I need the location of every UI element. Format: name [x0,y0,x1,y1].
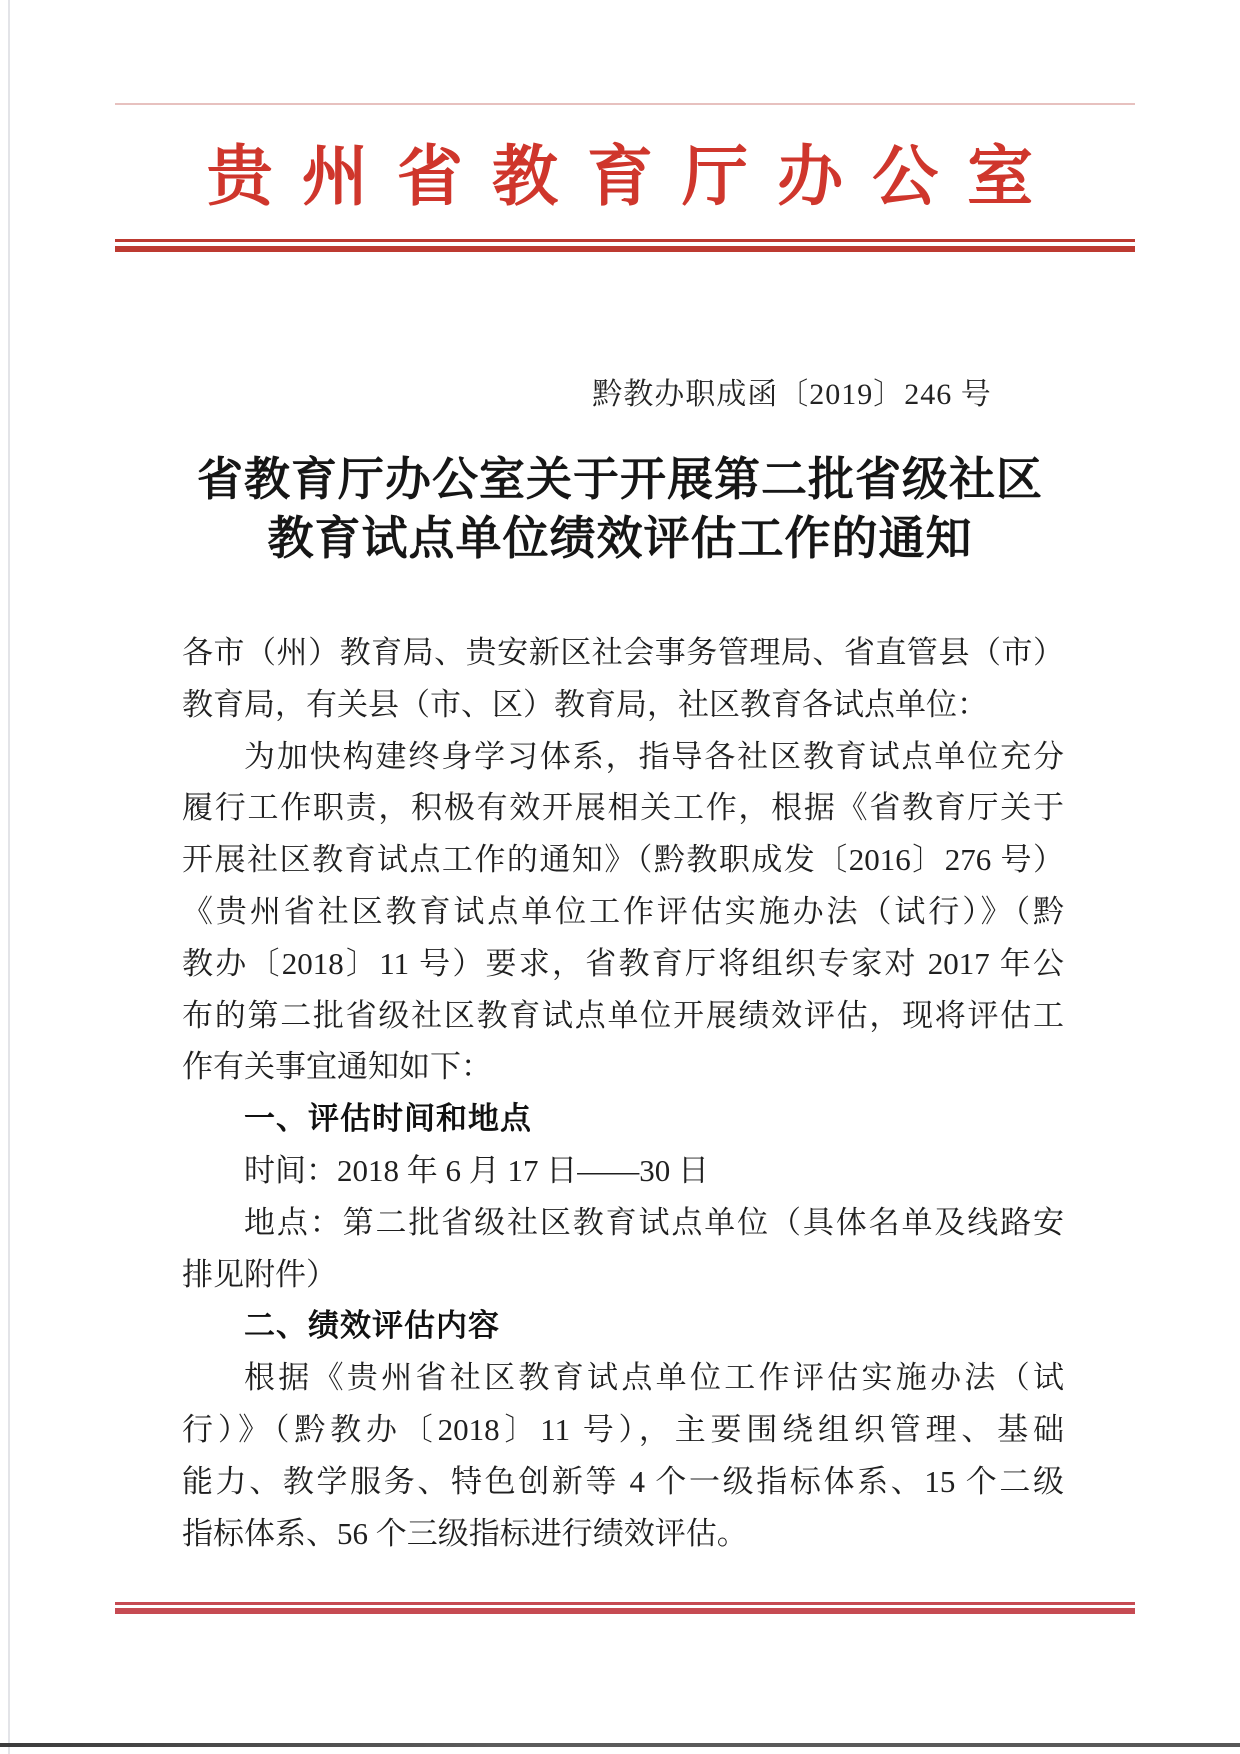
section-heading-2: 二、绩效评估内容 [182,1300,1064,1352]
header-rule-thin [115,239,1135,242]
agency-masthead: 贵州省教育厅办公室 [60,140,1180,216]
document-title-line1: 省教育厅办公室关于开展第二批省级社区 [60,450,1180,509]
document-title: 省教育厅办公室关于开展第二批省级社区 教育试点单位绩效评估工作的通知 [60,450,1180,568]
faint-top-rule [115,103,1135,105]
document-body: 各市（州）教育局、贵安新区社会事务管理局、省直管县（市） 教育局，有关县（市、区… [182,627,1064,1559]
body-line-location: 地点：第二批省级社区教育试点单位（具体名单及线路安 [182,1197,1064,1249]
body-line-time: 时间：2018 年 6 月 17 日——30 日 [182,1145,1064,1197]
document-title-line2: 教育试点单位绩效评估工作的通知 [60,509,1180,568]
body-line: 排见附件） [182,1249,1064,1301]
body-line: 《贵州省社区教育试点单位工作评估实施办法（试行）》（黔 [182,886,1064,938]
body-line: 作有关事宜通知如下： [182,1041,1064,1093]
body-line: 根据《贵州省社区教育试点单位工作评估实施办法（试 [182,1352,1064,1404]
body-line: 指标体系、56 个三级指标进行绩效评估。 [182,1508,1064,1560]
footer-rule-thin [115,1602,1135,1605]
body-line: 为加快构建终身学习体系，指导各社区教育试点单位充分 [182,731,1064,783]
body-line: 开展社区教育试点工作的通知》（黔教职成发〔2016〕276 号） [182,834,1064,886]
scan-left-edge-artifact [8,0,10,1754]
body-line: 布的第二批省级社区教育试点单位开展绩效评估，现将评估工 [182,990,1064,1042]
header-rule-thick [115,246,1135,252]
footer-rule-thick [115,1608,1135,1614]
scanned-document-page: 贵州省教育厅办公室 黔教办职成函〔2019〕246 号 省教育厅办公室关于开展第… [0,0,1240,1754]
body-line-addressees-1: 各市（州）教育局、贵安新区社会事务管理局、省直管县（市） [182,627,1064,679]
document-number: 黔教办职成函〔2019〕246 号 [172,369,1240,413]
body-line: 教办〔2018〕11 号）要求，省教育厅将组织专家对 2017 年公 [182,938,1064,990]
scan-bottom-edge-artifact [0,1743,1240,1747]
body-line: 行）》（黔教办〔2018〕11 号），主要围绕组织管理、基础 [182,1404,1064,1456]
section-heading-1: 一、评估时间和地点 [182,1093,1064,1145]
body-line-addressees-2: 教育局，有关县（市、区）教育局，社区教育各试点单位： [182,679,1064,731]
body-line: 能力、教学服务、特色创新等 4 个一级指标体系、15 个二级 [182,1456,1064,1508]
body-line: 履行工作职责，积极有效开展相关工作，根据《省教育厅关于 [182,782,1064,834]
